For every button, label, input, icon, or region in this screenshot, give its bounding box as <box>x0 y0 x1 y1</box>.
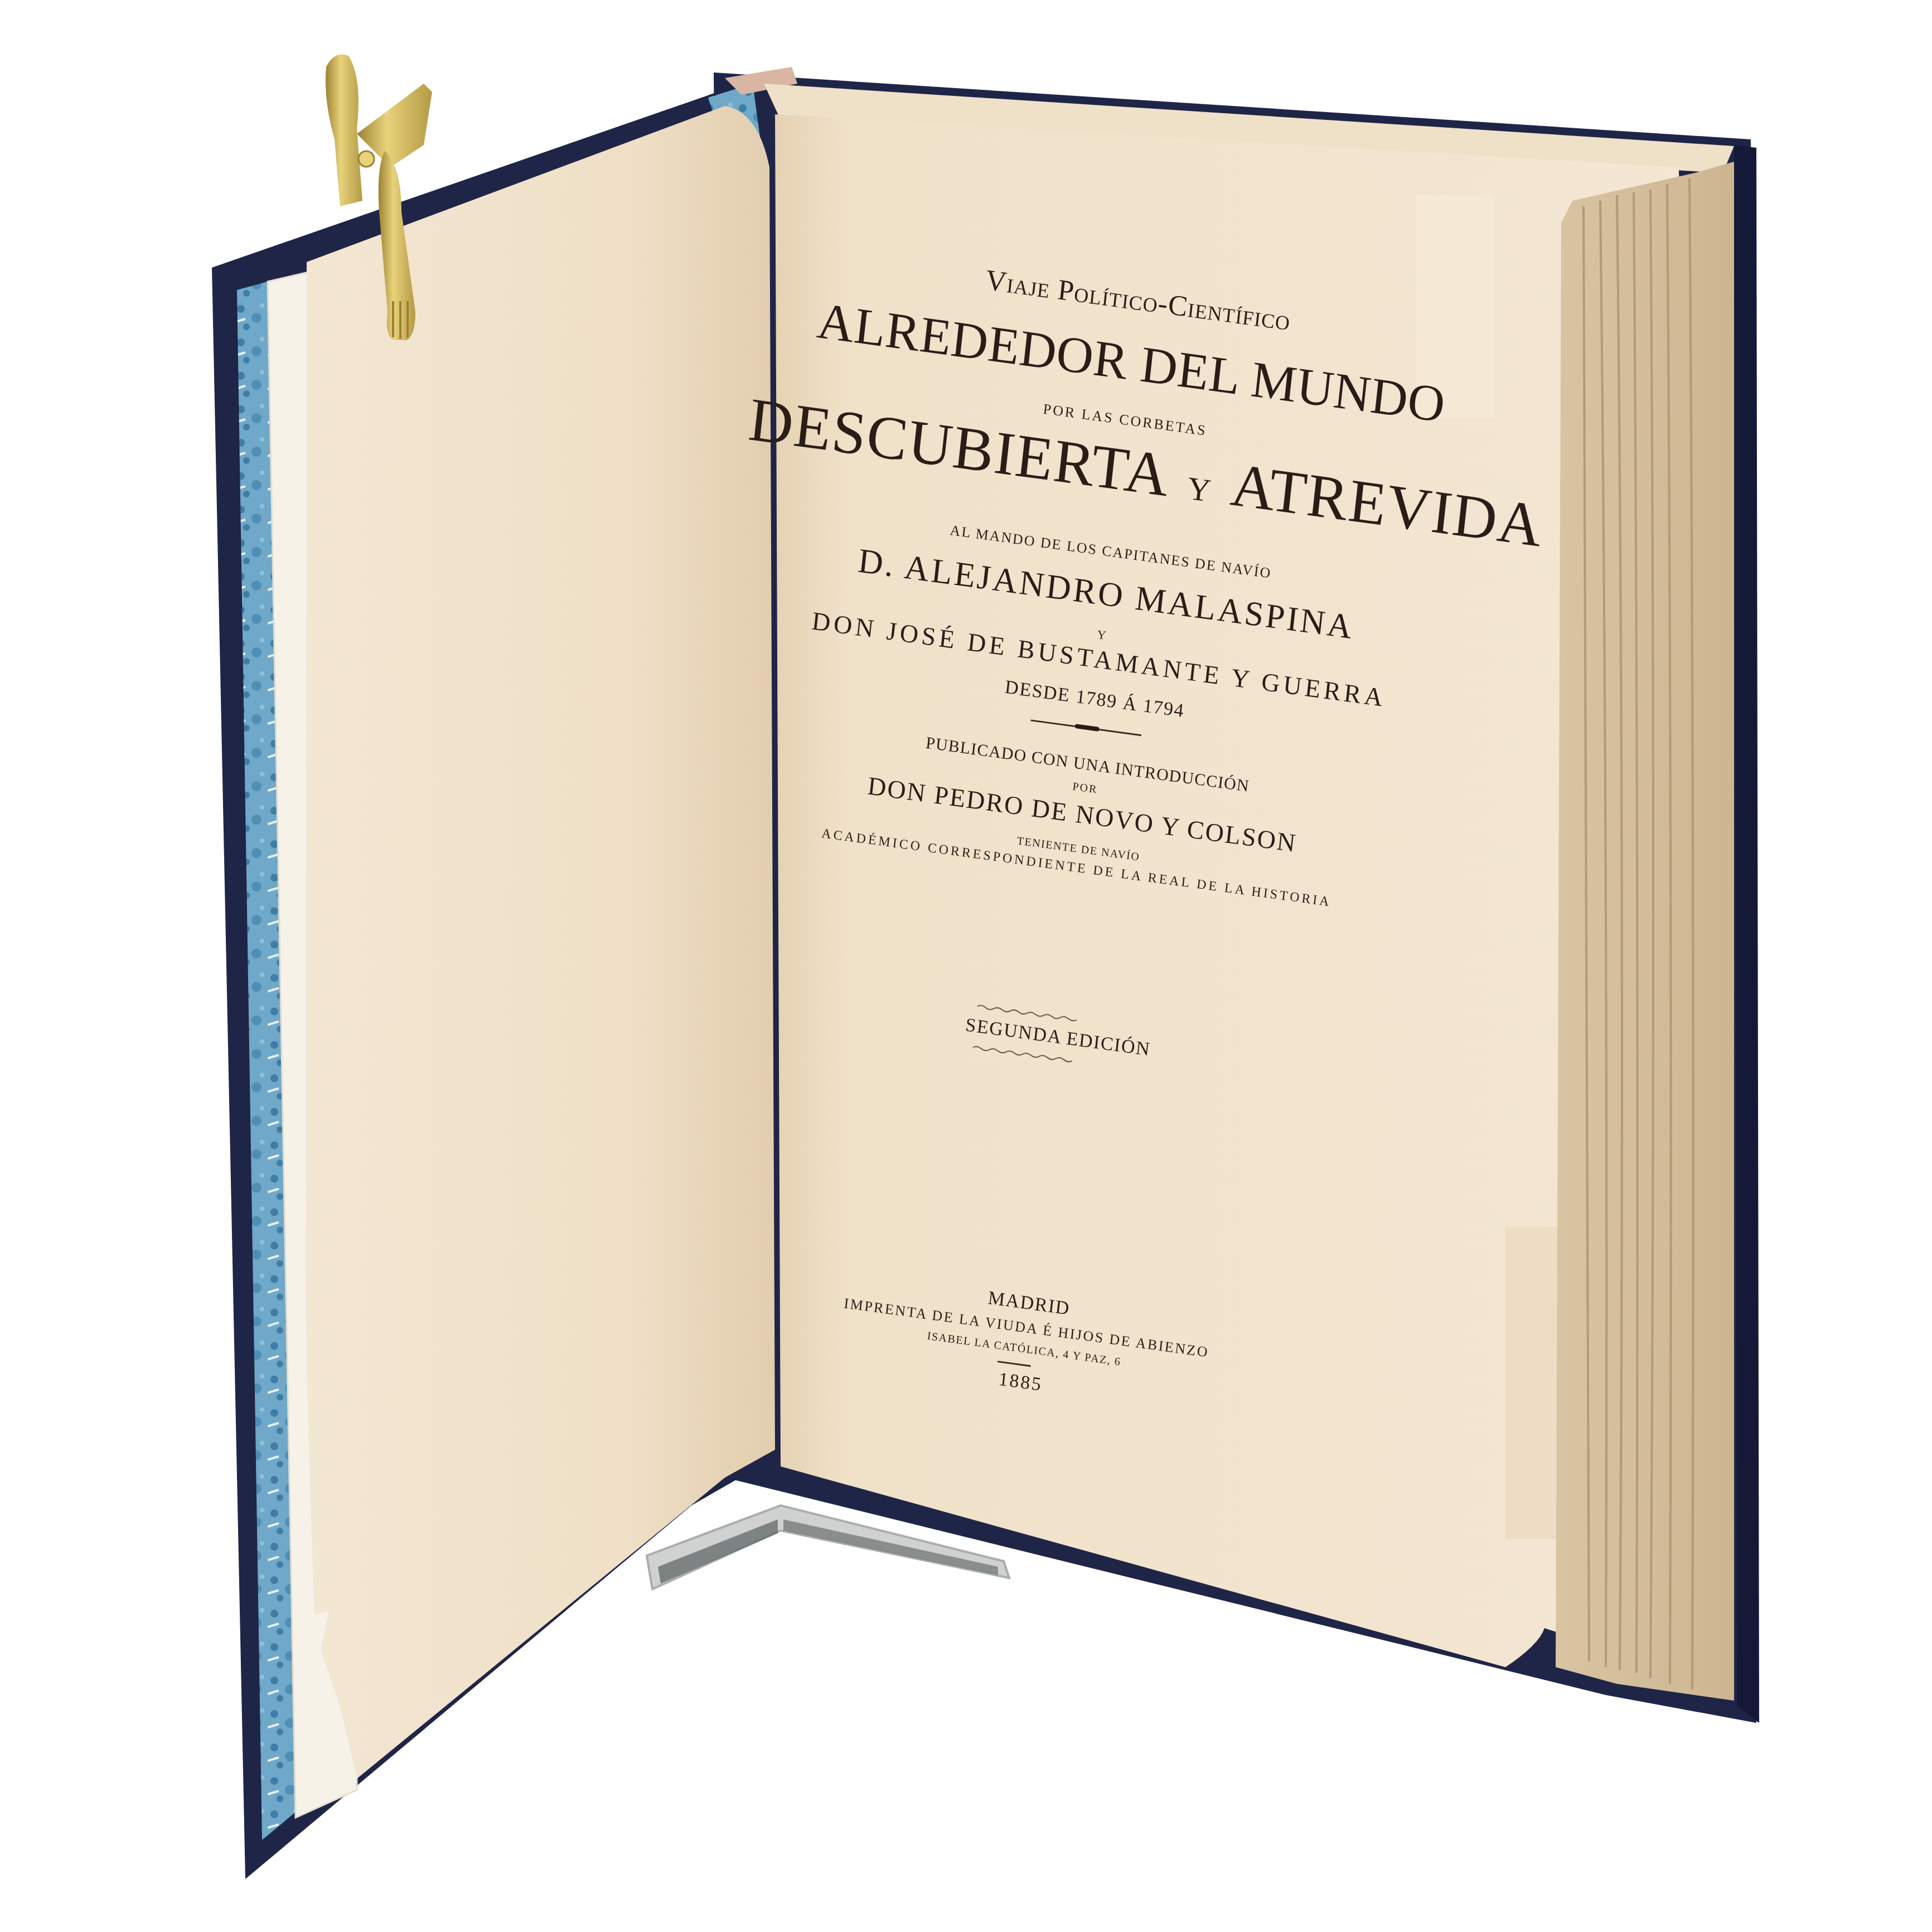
fore-edge <box>1556 162 1734 1701</box>
title-page-text: Viaje Político-Científico ALREDEDOR DEL … <box>631 234 1510 1609</box>
conjunction-y: Y <box>1185 470 1213 509</box>
edition-label: SEGUNDA EDICIÓN <box>686 977 1429 1098</box>
imprint-rule <box>998 1360 1031 1367</box>
ornamental-rule <box>1030 719 1141 736</box>
